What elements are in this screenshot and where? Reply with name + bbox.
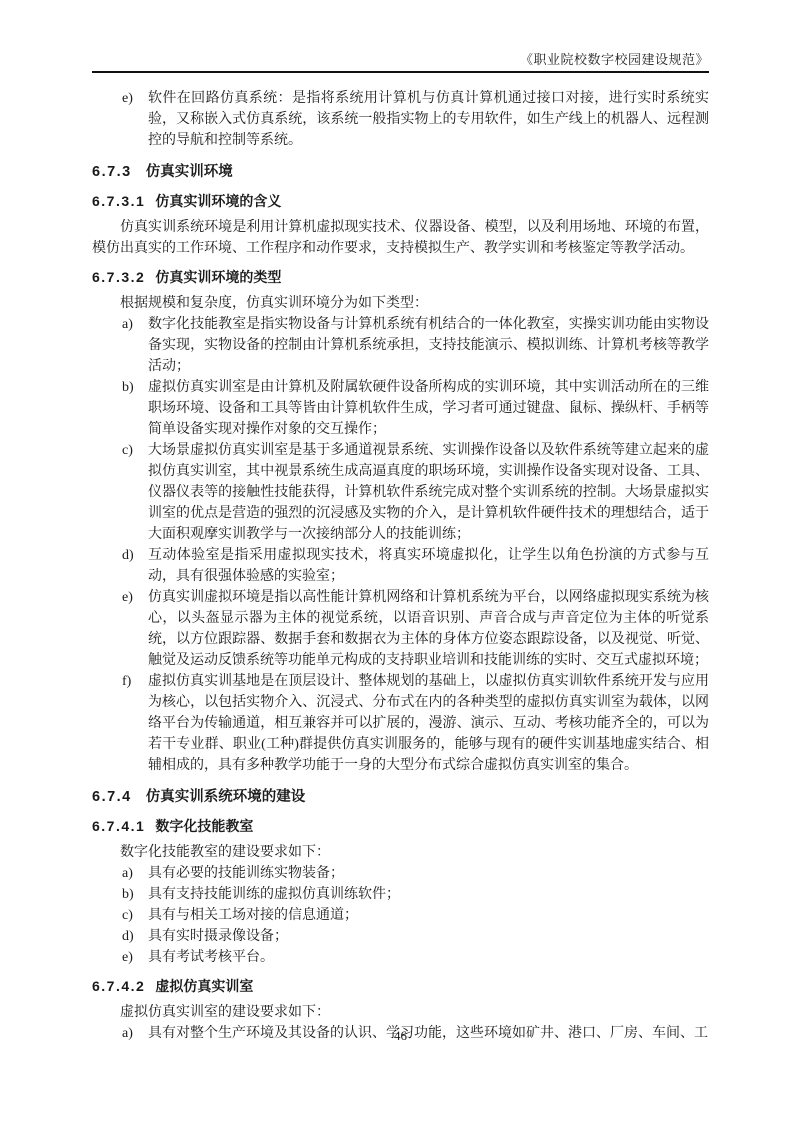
list-item-type-e: e) 仿真实训虚拟环境是指以高性能计算机网络和计算机系统为平台，以网络虚拟现实系…	[92, 587, 709, 671]
paragraph-simulation-meaning: 仿真实训系统环境是利用计算机虚拟现实技术、仪器设备、模型，以及利用场地、环境的布…	[92, 217, 709, 259]
heading-title: 数字化技能教室	[155, 818, 253, 834]
heading-number: 6.7.4.1	[92, 818, 145, 834]
list-item-software-in-loop: e) 软件在回路仿真系统：是指将系统用计算机与仿真计算机通过接口对接，进行实时系…	[92, 88, 709, 151]
list-item-type-f: f) 虚拟仿真实训基地是在顶层设计、整体规划的基础上，以虚拟仿真实训软件系统开发…	[92, 671, 709, 776]
page-number: 46	[92, 1028, 709, 1044]
list-text: 大场景虚拟仿真实训室是基于多通道视景系统、实训操作设备以及软件系统等建立起来的虚…	[148, 440, 709, 545]
list-marker: c)	[122, 905, 144, 926]
heading-number: 6.7.4	[92, 789, 132, 805]
heading-title: 虚拟仿真实训室	[155, 978, 253, 994]
list-text: 具有考试考核平台。	[148, 947, 709, 968]
heading-title: 仿真实训系统环境的建设	[146, 789, 306, 805]
page-content: e) 软件在回路仿真系统：是指将系统用计算机与仿真计算机通过接口对接，进行实时系…	[92, 88, 709, 1044]
list-marker: a)	[122, 863, 144, 884]
list-item-req-e: e) 具有考试考核平台。	[92, 947, 709, 968]
document-page: 《职业院校数字校园建设规范》 e) 软件在回路仿真系统：是指将系统用计算机与仿真…	[0, 0, 793, 1122]
paragraph-types-intro: 根据规模和复杂度，仿真实训环境分为如下类型：	[92, 293, 709, 314]
list-text: 具有实时摄录像设备；	[148, 926, 709, 947]
list-marker: a)	[122, 314, 144, 335]
list-item-type-a: a) 数字化技能教室是指实物设备与计算机系统有机结合的一体化教室，实操实训功能由…	[92, 314, 709, 377]
list-text: 虚拟仿真实训基地是在顶层设计、整体规划的基础上，以虚拟仿真实训软件系统开发与应用…	[148, 671, 709, 776]
page-header: 《职业院校数字校园建设规范》	[92, 52, 709, 73]
list-text: 具有支持技能训练的虚拟仿真训练软件；	[148, 884, 709, 905]
heading-number: 6.7.3.1	[92, 193, 145, 209]
list-text: 虚拟仿真实训室是由计算机及附属软硬件设备所构成的实训环境，其中实训活动所在的三维…	[148, 377, 709, 440]
list-item-req-b: b) 具有支持技能训练的虚拟仿真训练软件；	[92, 884, 709, 905]
list-marker: d)	[122, 545, 144, 566]
section-heading-6-7-4-1: 6.7.4.1数字化技能教室	[92, 816, 709, 837]
heading-title: 仿真实训环境的类型	[155, 269, 281, 285]
list-marker: b)	[122, 377, 144, 398]
section-heading-6-7-4-2: 6.7.4.2虚拟仿真实训室	[92, 976, 709, 997]
list-marker: b)	[122, 884, 144, 905]
list-marker: c)	[122, 440, 144, 461]
document-title: 《职业院校数字校园建设规范》	[92, 52, 709, 68]
list-marker: e)	[122, 947, 144, 968]
list-marker: e)	[122, 88, 144, 109]
heading-title: 仿真实训环境的含义	[155, 193, 281, 209]
section-heading-6-7-4: 6.7.4仿真实训系统环境的建设	[92, 787, 709, 808]
list-text: 软件在回路仿真系统：是指将系统用计算机与仿真计算机通过接口对接，进行实时系统实验…	[148, 88, 709, 151]
list-item-type-d: d) 互动体验室是指采用虚拟现实技术，将真实环境虚拟化，让学生以角色扮演的方式参…	[92, 545, 709, 587]
list-item-req-d: d) 具有实时摄录像设备；	[92, 926, 709, 947]
section-heading-6-7-3: 6.7.3仿真实训环境	[92, 162, 709, 183]
list-text: 仿真实训虚拟环境是指以高性能计算机网络和计算机系统为平台，以网络虚拟现实系统为核…	[148, 587, 709, 671]
heading-number: 6.7.3.2	[92, 269, 145, 285]
heading-number: 6.7.3	[92, 164, 132, 180]
list-marker: e)	[122, 587, 144, 608]
section-heading-6-7-3-1: 6.7.3.1仿真实训环境的含义	[92, 191, 709, 212]
paragraph-digital-classroom-intro: 数字化技能教室的建设要求如下：	[92, 842, 709, 863]
header-divider	[92, 71, 709, 73]
paragraph-virtual-room-intro: 虚拟仿真实训室的建设要求如下：	[92, 1002, 709, 1023]
section-heading-6-7-3-2: 6.7.3.2仿真实训环境的类型	[92, 267, 709, 288]
list-item-req-c: c) 具有与相关工场对接的信息通道；	[92, 905, 709, 926]
list-item-req-a: a) 具有必要的技能训练实物装备；	[92, 863, 709, 884]
list-marker: f)	[122, 671, 144, 692]
heading-title: 仿真实训环境	[146, 164, 233, 180]
list-item-type-c: c) 大场景虚拟仿真实训室是基于多通道视景系统、实训操作设备以及软件系统等建立起…	[92, 440, 709, 545]
list-item-type-b: b) 虚拟仿真实训室是由计算机及附属软硬件设备所构成的实训环境，其中实训活动所在…	[92, 377, 709, 440]
list-text: 具有与相关工场对接的信息通道；	[148, 905, 709, 926]
list-text: 数字化技能教室是指实物设备与计算机系统有机结合的一体化教室，实操实训功能由实物设…	[148, 314, 709, 377]
list-text: 具有必要的技能训练实物装备；	[148, 863, 709, 884]
list-marker: d)	[122, 926, 144, 947]
heading-number: 6.7.4.2	[92, 978, 145, 994]
list-text: 互动体验室是指采用虚拟现实技术，将真实环境虚拟化，让学生以角色扮演的方式参与互动…	[148, 545, 709, 587]
